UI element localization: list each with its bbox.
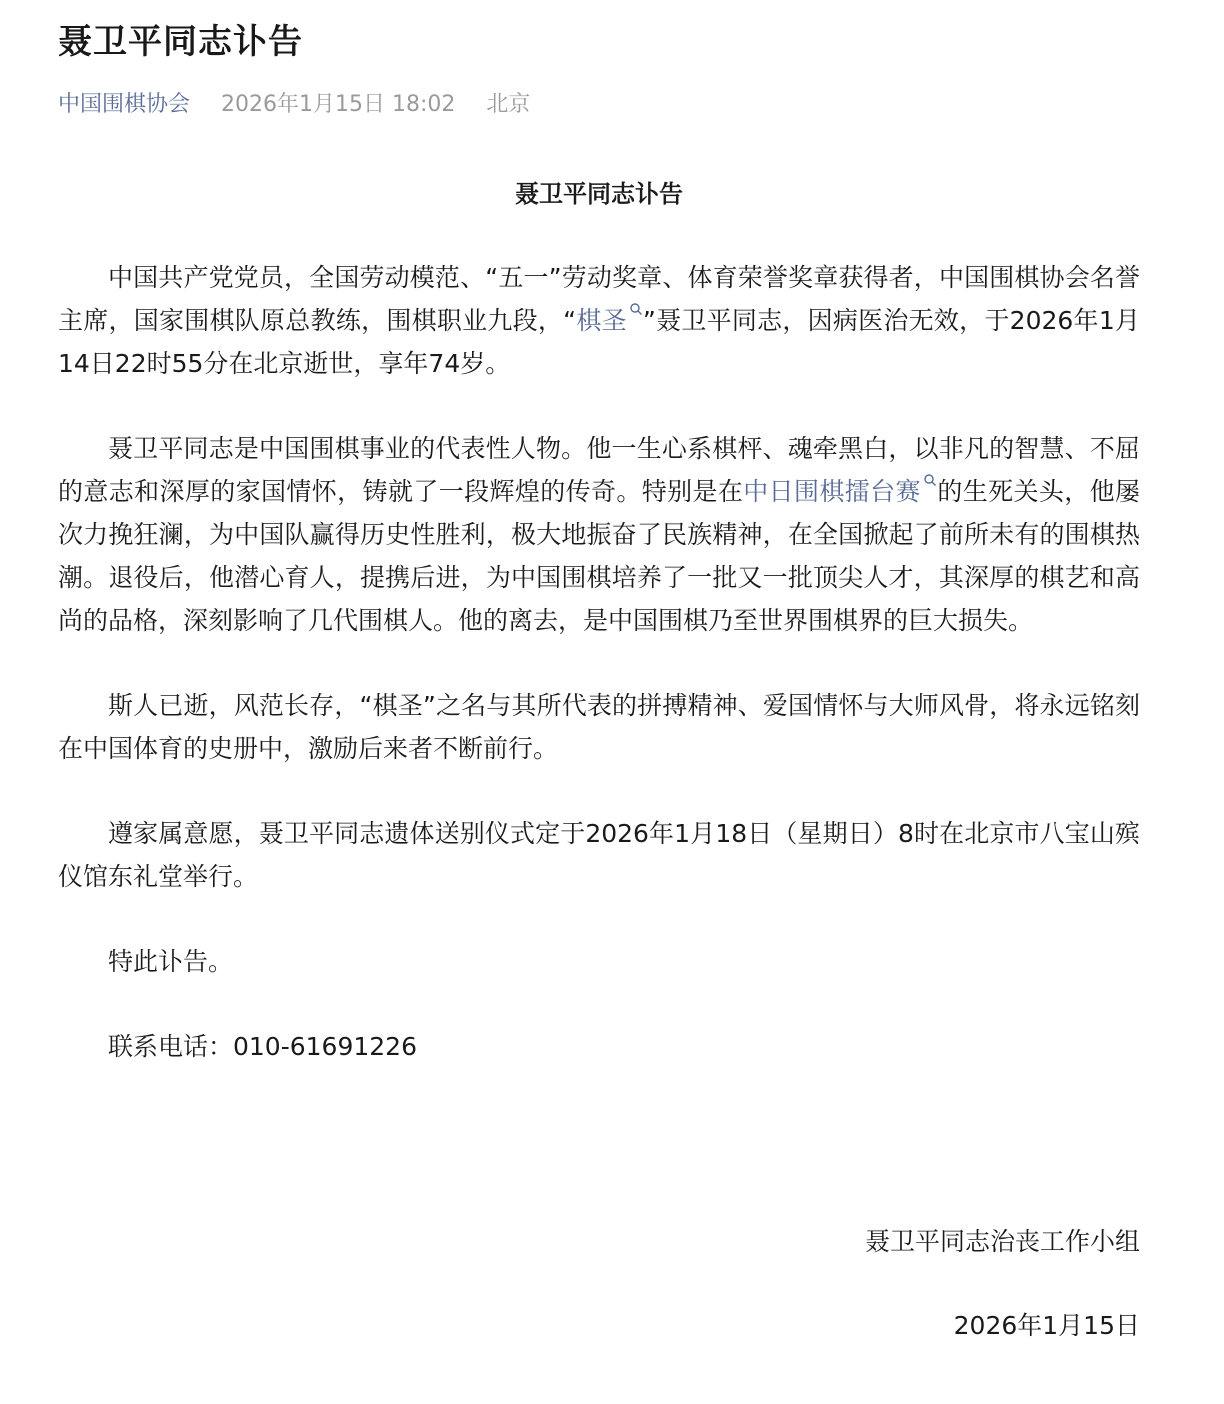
article-meta: 中国围棋协会 2026年1月15日 18:02 北京	[58, 88, 530, 122]
publish-time: 2026年1月15日 18:02	[221, 92, 455, 117]
search-icon	[923, 473, 937, 487]
source-account-link[interactable]: 中国围棋协会	[58, 92, 190, 117]
paragraph-5: 特此讣告。	[58, 940, 1140, 983]
paragraph-4: 遵家属意愿，聂卫平同志遗体送别仪式定于2026年1月18日（星期日）8时在北京市…	[58, 812, 1140, 898]
keyword-link-label: 中日围棋擂台赛	[743, 477, 921, 506]
article-body: 聂卫平同志讣告 中国共产党党员，全国劳动模范、“五一”劳动奖章、体育荣誉奖章获得…	[58, 174, 1140, 1110]
publish-location: 北京	[486, 92, 530, 117]
paragraph-3: 斯人已逝，风范长存，“棋圣”之名与其所代表的拼搏精神、爱国情怀与大师风骨，将永远…	[58, 684, 1140, 770]
search-icon	[629, 302, 643, 316]
contact-phone: 联系电话：010-61691226	[58, 1025, 1140, 1068]
page-title: 聂卫平同志讣告	[58, 18, 303, 66]
signature-date: 2026年1月15日	[954, 1306, 1140, 1346]
keyword-link-label: 棋圣	[576, 306, 627, 335]
paragraph-1: 中国共产党党员，全国劳动模范、“五一”劳动奖章、体育荣誉奖章获得者，中国围棋协会…	[58, 256, 1140, 385]
article-heading: 聂卫平同志讣告	[58, 174, 1140, 214]
signature-org: 聂卫平同志治丧工作小组	[865, 1222, 1140, 1262]
keyword-link-china-japan-match[interactable]: 中日围棋擂台赛	[743, 477, 937, 506]
keyword-link-qisheng[interactable]: 棋圣	[576, 306, 643, 335]
paragraph-2: 聂卫平同志是中国围棋事业的代表性人物。他一生心系棋枰、魂牵黑白，以非凡的智慧、不…	[58, 427, 1140, 642]
